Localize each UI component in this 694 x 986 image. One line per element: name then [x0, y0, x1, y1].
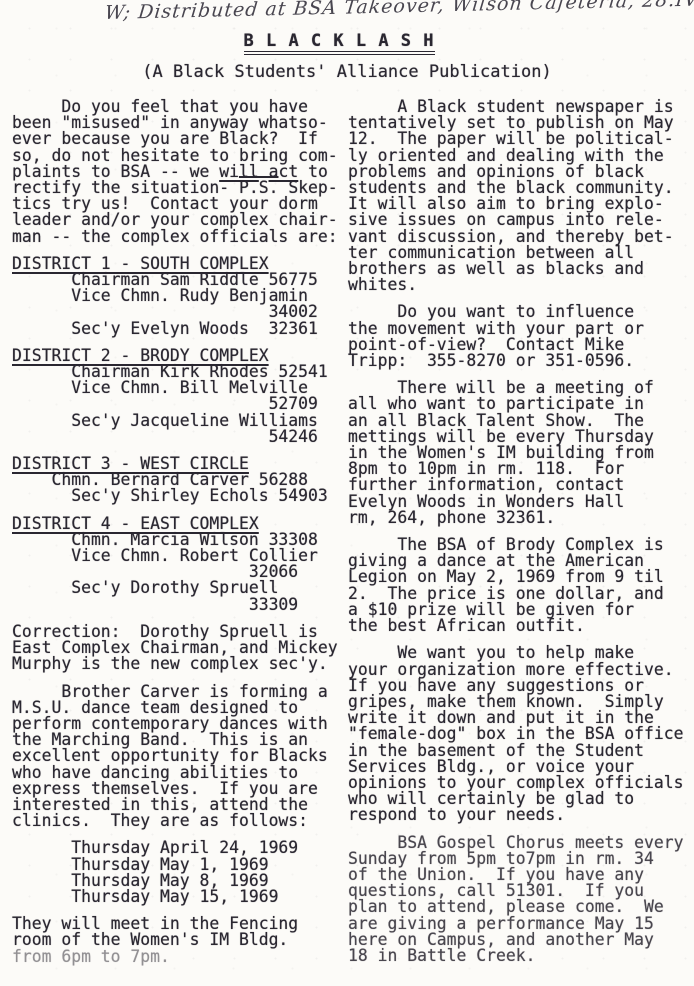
paragraph-dance-team: Brother Carver is forming a M.S.U. dance… — [12, 684, 338, 830]
clinic-dates-list: Thursday April 24, 1969 Thursday May 1, … — [12, 840, 338, 905]
page-subtitle: (A Black Students' Alliance Publication) — [0, 64, 694, 81]
faded-last-line: from 6pm to 7pm. — [12, 947, 170, 966]
district-3-members: Chmn. Bernard Carver 56288 Sec'y Shirley… — [12, 472, 338, 504]
district-1-members: Chairman Sam Riddle 56775 Vice Chmn. Rud… — [12, 272, 338, 337]
paragraph-newspaper: A Black student newspaper is tentatively… — [348, 99, 686, 293]
two-column-body: Do you feel that you have been "misused"… — [0, 81, 694, 976]
paragraph-brody-dance: The BSA of Brody Complex is giving a dan… — [348, 537, 686, 634]
paragraph-gospel-chorus: BSA Gospel Chorus meets every Sunday fro… — [348, 835, 686, 965]
paragraph-meeting-location: They will meet in the Fencing room of th… — [12, 916, 338, 965]
page-title: B L A C K L A S H — [244, 32, 435, 55]
paragraph-influence-contact: Do you want to influence the movement wi… — [348, 304, 686, 369]
right-column: A Black student newspaper is tentatively… — [348, 99, 686, 976]
paragraph-talent-show: There will be a meeting of all who want … — [348, 380, 686, 526]
paragraph-misused-complaints: Do you feel that you have been "misused"… — [12, 99, 338, 245]
scanned-newsletter-page: W; Distributed at BSA Takeover, Wilson C… — [0, 0, 694, 986]
district-4-members: Chmn. Marcia Wilson 33308 Vice Chmn. Rob… — [12, 532, 338, 613]
district-2-members: Chairman Kirk Rhodes 52541 Vice Chmn. Bi… — [12, 364, 338, 445]
left-column: Do you feel that you have been "misused"… — [12, 99, 338, 976]
paragraph-correction: Correction: Dorothy Spruell is East Comp… — [12, 624, 338, 673]
paragraph-suggestions-box: We want you to help make your organizati… — [348, 645, 686, 823]
